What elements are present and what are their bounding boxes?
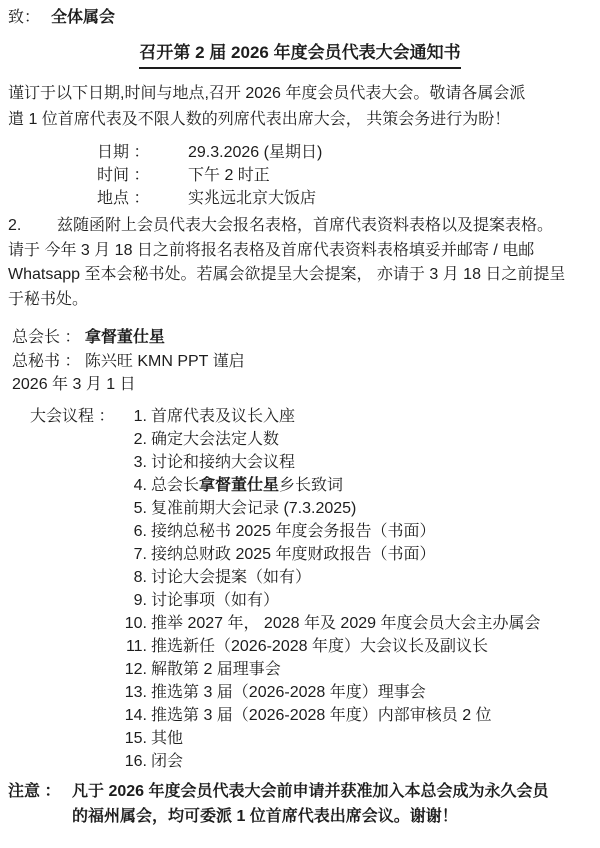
agenda-item-text: 推举 2027 年， 2028 年及 2029 年度会员大会主办属会 [151,612,540,635]
agenda-item-text: 讨论和接纳大会议程 [151,451,295,474]
agenda-item-number: 11. [124,635,147,658]
text-line: 遣 1 位首席代表及不限人数的列席代表出席大会， 共策会务进行为盼！ [8,107,592,133]
agenda-item-text: 推选第 3 届（2026-2028 年度）理事会 [151,681,426,704]
president-name: 拿督董仕星 [85,329,165,346]
agenda-item: 11. 推选新任（2026-2028 年度）大会议长及副议长 [124,635,540,658]
agenda-item-number: 14. [124,704,147,727]
meeting-details: 日期 ： 29.3.2026 (星期日) 时间 ： 下午 2 时正 地点 ： 实… [97,141,592,210]
agenda-item-text: 推选新任（2026-2028 年度）大会议长及副议长 [151,635,488,658]
agenda-item-text: 推选第 3 届（2026-2028 年度）内部审核员 2 位 [151,704,492,727]
agenda-item-text: 解散第 2 届理事会 [151,658,281,681]
intro-paragraph: 谨订于以下日期,时间与地点,召开 2026 年度会员代表大会。敬请各属会派遣 1… [8,81,592,133]
text-line: Whatsapp 至本会秘书处。若属会欲提呈大会提案， 亦请于 3 月 18 日… [8,263,592,288]
attachment-paragraph-body: 请于 今年 3 月 18 日之前将报名表格及首席代表资料表格填妥并邮寄 / 电邮… [8,239,592,313]
agenda-item-number: 9. [124,589,147,612]
agenda-item: 2. 确定大会法定人数 [124,428,540,451]
signature-block: 总会长 ： 拿督董仕星 总秘书 ： 陈兴旺 KMN PPT 谨启 2026 年 … [12,326,592,397]
paragraph-number: 2. [8,214,57,239]
agenda-item-number: 15. [124,727,147,750]
addressee-label: 致： [8,9,40,26]
text-line: 凡于 2026 年度会员代表大会前申请并获准加入本总会成为永久会员 [72,779,549,804]
letter-date: 2026 年 3 月 1 日 [12,373,592,397]
agenda-item-text: 复准前期大会记录 (7.3.2025) [151,497,356,520]
agenda-item-number: 2. [124,428,147,451]
title-row: 召开第 2 届 2026 年度会员代表大会通知书 [8,40,592,69]
agenda-item: 16. 闭会 [124,750,540,773]
meeting-venue-row: 地点 ： 实兆远北京大饭店 [97,187,592,210]
secretary-line: 总秘书 ： 陈兴旺 KMN PPT 谨启 [12,350,592,374]
agenda-item-number: 3. [124,451,147,474]
venue-value: 实兆远北京大饭店 [188,187,316,210]
date-value: 29.3.2026 (星期日) [188,141,322,164]
agenda-item-number: 5. [124,497,147,520]
president-label: 总会长 ： [12,329,80,346]
text-line: 于秘书处。 [8,288,592,313]
agenda-item-number: 7. [124,543,147,566]
text-line: 请于 今年 3 月 18 日之前将报名表格及首席代表资料表格填妥并邮寄 / 电邮 [8,239,592,264]
page-title: 召开第 2 届 2026 年度会员代表大会通知书 [139,40,460,69]
agenda-item: 13. 推选第 3 届（2026-2028 年度）理事会 [124,681,540,704]
attachment-first-line-text: 兹随函附上会员代表大会报名表格，首席代表资料表格以及提案表格。 [57,214,553,239]
agenda-item: 4. 总会长拿督董仕星乡长致词 [124,474,540,497]
addressee-value: 全体属会 [51,9,115,26]
time-label: 时间 ： [97,164,155,187]
president-line: 总会长 ： 拿督董仕星 [12,326,592,350]
agenda-item-text: 讨论事项（如有） [151,589,279,612]
notice-label: 注意 ： [8,779,72,829]
meeting-time-row: 时间 ： 下午 2 时正 [97,164,592,187]
text-line: 的福州属会，均可委派 1 位首席代表出席会议。谢谢！ [72,804,549,829]
agenda-item-text: 总会长拿督董仕星乡长致词 [151,474,343,497]
agenda-item-text: 首席代表及议长入座 [151,405,295,428]
meeting-date-row: 日期 ： 29.3.2026 (星期日) [97,141,592,164]
agenda-item: 1. 首席代表及议长入座 [124,405,540,428]
agenda-item: 6. 接纳总秘书 2025 年度会务报告（书面） [124,520,540,543]
agenda-item-text: 接纳总财政 2025 年度财政报告（书面） [151,543,436,566]
venue-label: 地点 ： [97,187,155,210]
agenda-item: 5. 复准前期大会记录 (7.3.2025) [124,497,540,520]
agenda-item: 15. 其他 [124,727,540,750]
agenda-item-number: 6. [124,520,147,543]
agenda-item: 8. 讨论大会提案（如有） [124,566,540,589]
notice-block: 注意 ： 凡于 2026 年度会员代表大会前申请并获准加入本总会成为永久会员的福… [8,779,592,829]
agenda-item-text: 其他 [151,727,183,750]
agenda-item: 7. 接纳总财政 2025 年度财政报告（书面） [124,543,540,566]
agenda-item-text: 闭会 [151,750,183,773]
time-value: 下午 2 时正 [188,164,270,187]
agenda-item-number: 10. [124,612,147,635]
agenda-item-text: 接纳总秘书 2025 年度会务报告（书面） [151,520,436,543]
agenda-section: 大会议程 ： 1. 首席代表及议长入座 2. 确定大会法定人数 3. 讨论和接纳… [30,405,592,773]
date-label: 日期 ： [97,141,155,164]
agenda-item: 12. 解散第 2 届理事会 [124,658,540,681]
agenda-item: 14. 推选第 3 届（2026-2028 年度）内部审核员 2 位 [124,704,540,727]
agenda-item-number: 12. [124,658,147,681]
addressee-line: 致：全体属会 [8,6,592,30]
notice-text: 凡于 2026 年度会员代表大会前申请并获准加入本总会成为永久会员的福州属会，均… [72,779,549,829]
agenda-item-number: 4. [124,474,147,497]
agenda-list: 1. 首席代表及议长入座 2. 确定大会法定人数 3. 讨论和接纳大会议程 4.… [124,405,540,773]
agenda-item-number: 8. [124,566,147,589]
attachment-paragraph: 2. 兹随函附上会员代表大会报名表格，首席代表资料表格以及提案表格。 请于 今年… [8,214,592,312]
agenda-item: 3. 讨论和接纳大会议程 [124,451,540,474]
agenda-item: 10. 推举 2027 年， 2028 年及 2029 年度会员大会主办属会 [124,612,540,635]
agenda-item: 9. 讨论事项（如有） [124,589,540,612]
agenda-item-text: 确定大会法定人数 [151,428,279,451]
agenda-label: 大会议程 ： [30,405,124,773]
attachment-paragraph-first-line: 2. 兹随函附上会员代表大会报名表格，首席代表资料表格以及提案表格。 [8,214,592,239]
agenda-item-number: 16. [124,750,147,773]
agenda-item-number: 1. [124,405,147,428]
text-line: 谨订于以下日期,时间与地点,召开 2026 年度会员代表大会。敬请各属会派 [8,81,592,107]
agenda-item-text: 讨论大会提案（如有） [151,566,311,589]
agenda-item-number: 13. [124,681,147,704]
